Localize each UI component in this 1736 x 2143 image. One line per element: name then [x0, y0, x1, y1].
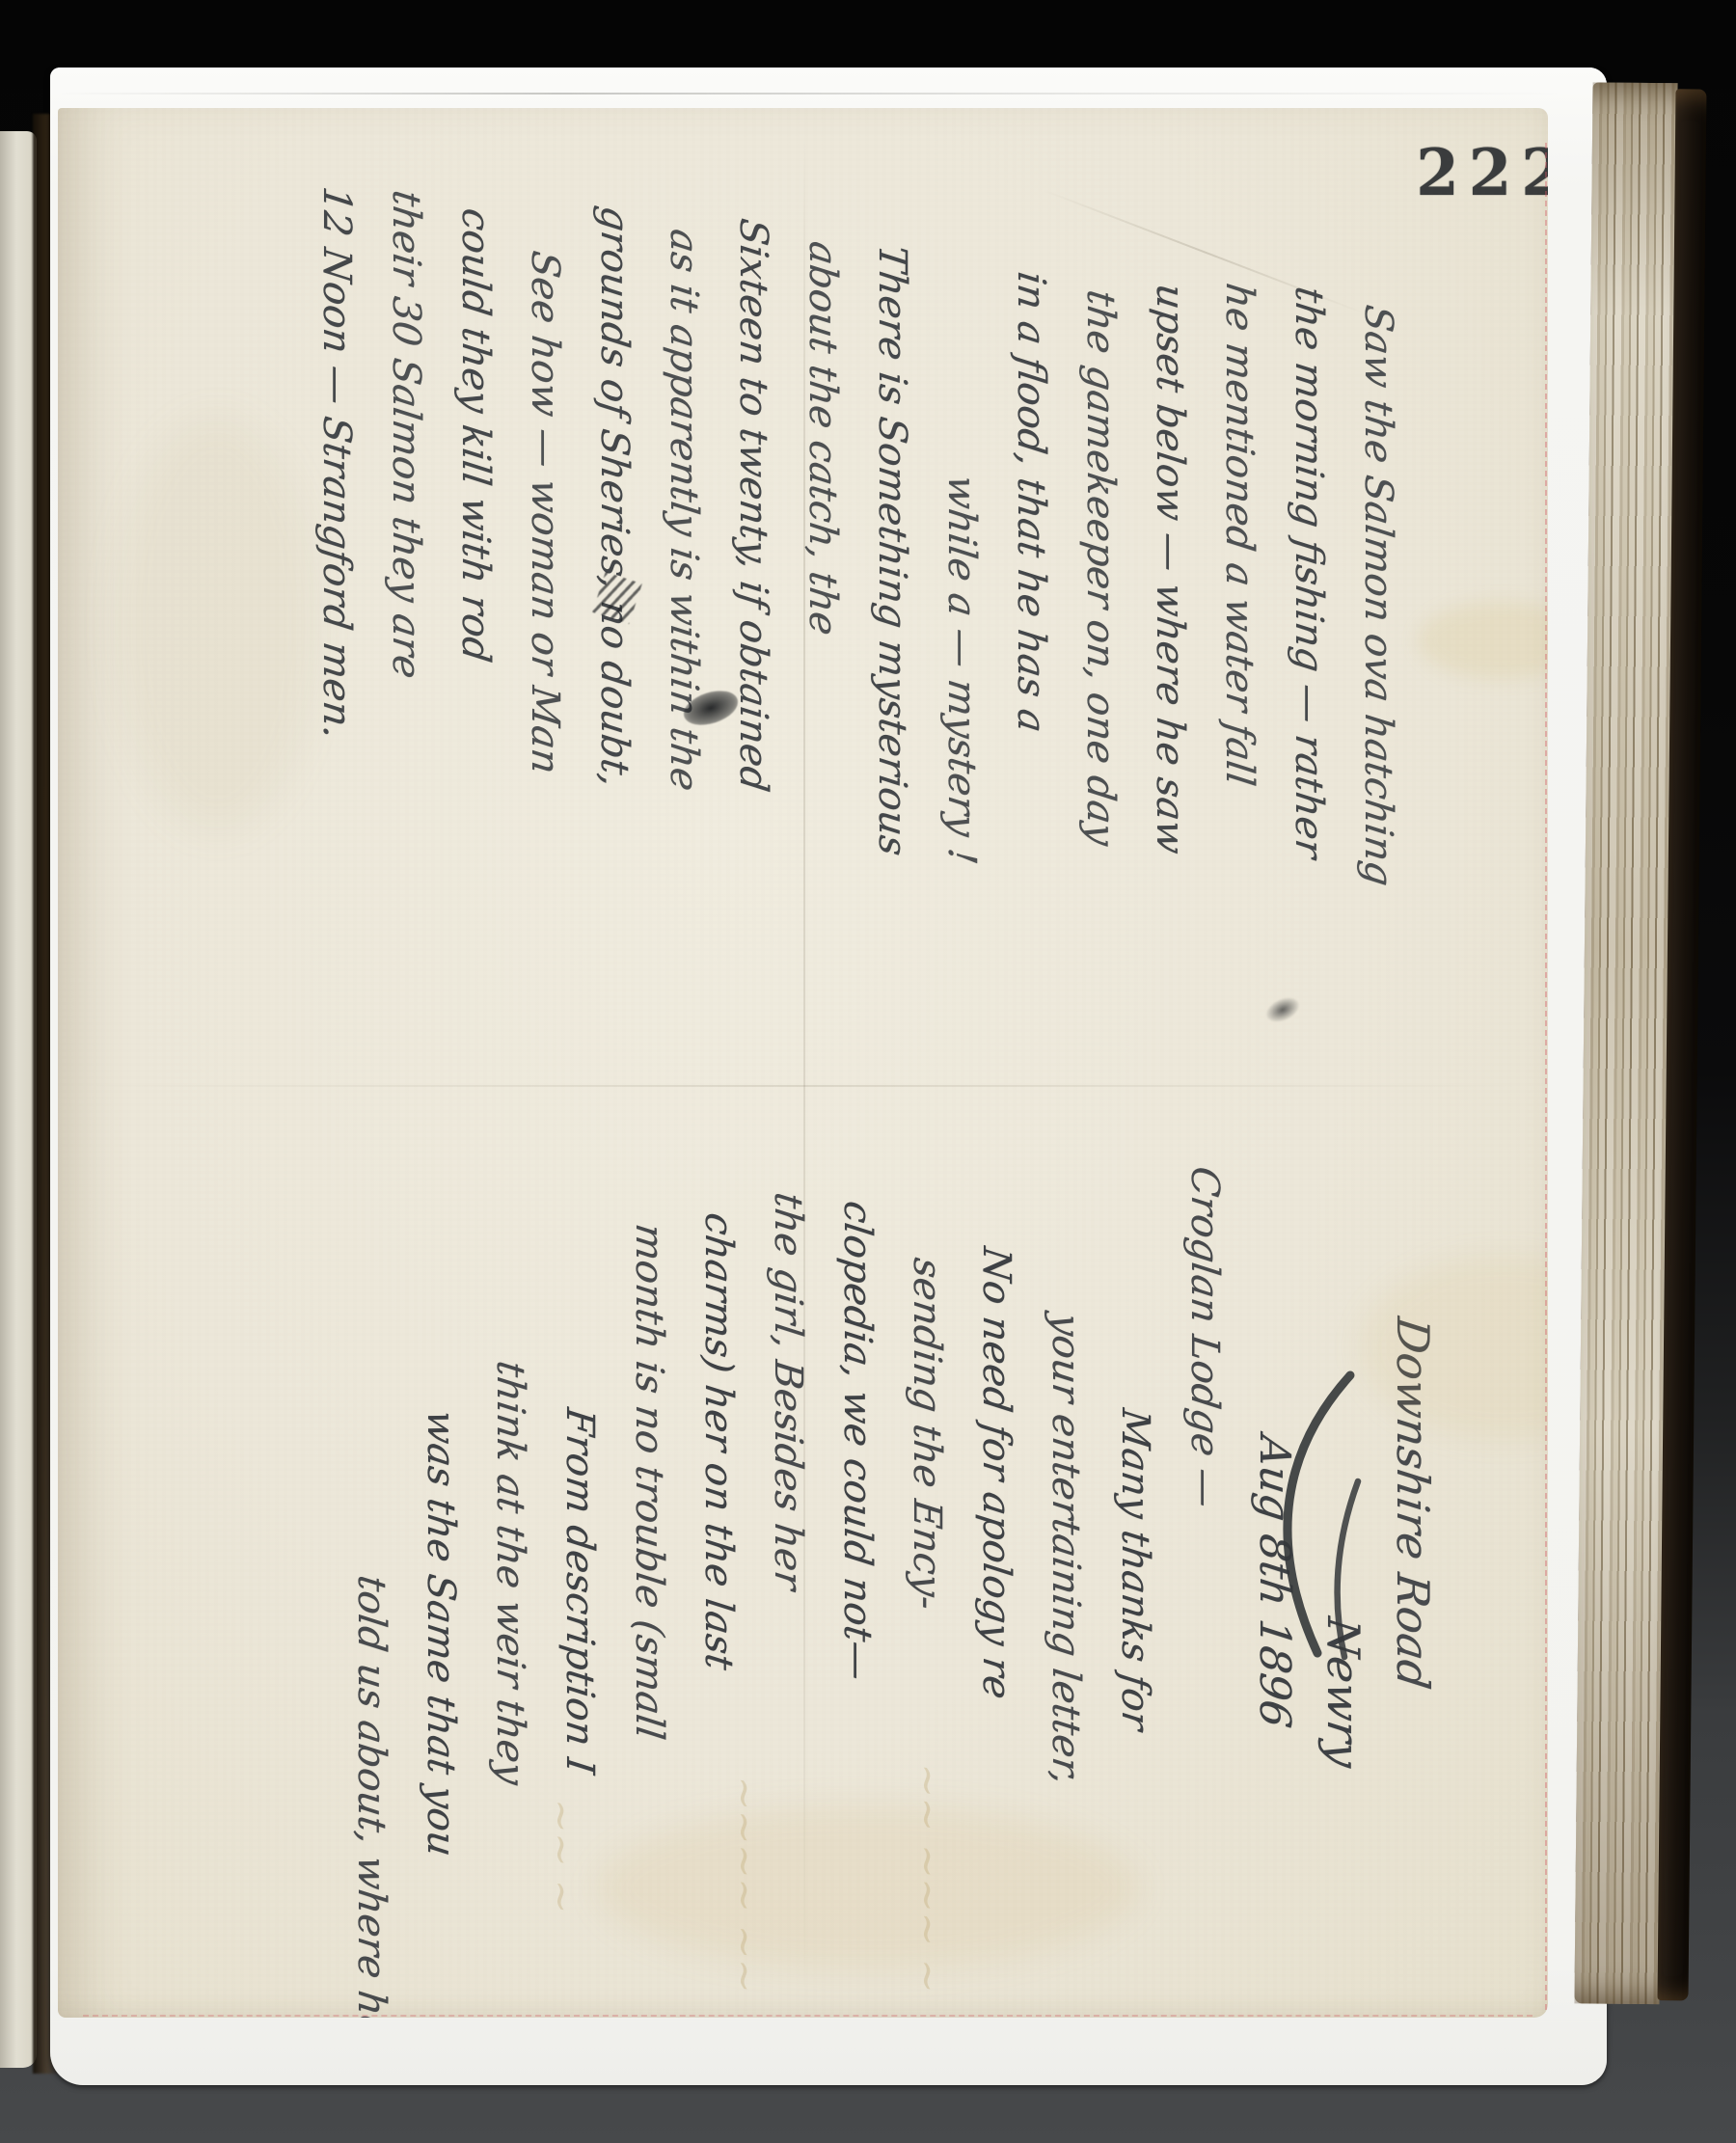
handwritten-line: Sixteen to twenty, if obtained: [719, 214, 788, 1110]
handwritten-line: while a — mystery !: [927, 472, 996, 1136]
handwritten-line: There is Something mysterious: [857, 241, 927, 1127]
address-line: Newry: [1309, 1614, 1378, 2018]
paper-stain: [598, 1805, 1138, 1969]
handwritten-line: Croglan Lodge —: [1170, 1162, 1239, 2018]
handwritten-line: was the Same that you: [406, 1406, 475, 1965]
fold-crease-horizontal: [85, 1085, 1522, 1087]
handwritten-line: as it apparently is within the: [649, 225, 719, 1101]
fold-crease-vertical: [803, 133, 805, 1993]
photo-background: 222 Saw the Salmon ova hatchingthe morni…: [0, 0, 1736, 2143]
handwritten-line: upset below — where he saw: [1135, 280, 1205, 1161]
paper-stain: [116, 417, 318, 831]
album-leaf: 222 Saw the Salmon ova hatchingthe morni…: [58, 108, 1548, 2018]
handwritten-line: Saw the Salmon ova hatching: [1343, 301, 1413, 1187]
handwritten-line: grounds of Sheries, no doubt,: [580, 203, 649, 1094]
handwritten-line: See how — woman or Man: [510, 247, 580, 1085]
handwritten-line: could they kill with rod: [441, 204, 510, 1076]
under-page-crease: [58, 93, 1562, 95]
handwritten-line: in a flood, that he has a: [996, 268, 1066, 1145]
facing-page-edge: [0, 131, 37, 2068]
handwritten-line: the gamekeeper on, one day: [1066, 286, 1135, 1153]
letter-continuation-page: Saw the Salmon ova hatchingthe morning f…: [302, 153, 1413, 1186]
handwritten-line: he mentioned a water fall: [1205, 279, 1274, 1170]
book-fore-edge: [1574, 82, 1720, 2004]
handwritten-line: their 30 Salmon they are: [371, 186, 441, 1068]
handwritten-line: the morning fishing — rather: [1274, 283, 1343, 1179]
handwritten-line: told us about, where he: [337, 1571, 406, 1956]
handwritten-line: about the catch, the: [788, 237, 857, 1119]
deckle-edge-dots-right: [1545, 143, 1547, 2010]
pen-flourish-strokes: [1236, 1368, 1362, 1667]
deckle-edge-dots-bottom: [83, 2015, 1533, 2017]
handwritten-line: Many thanks for: [1100, 1405, 1170, 2018]
